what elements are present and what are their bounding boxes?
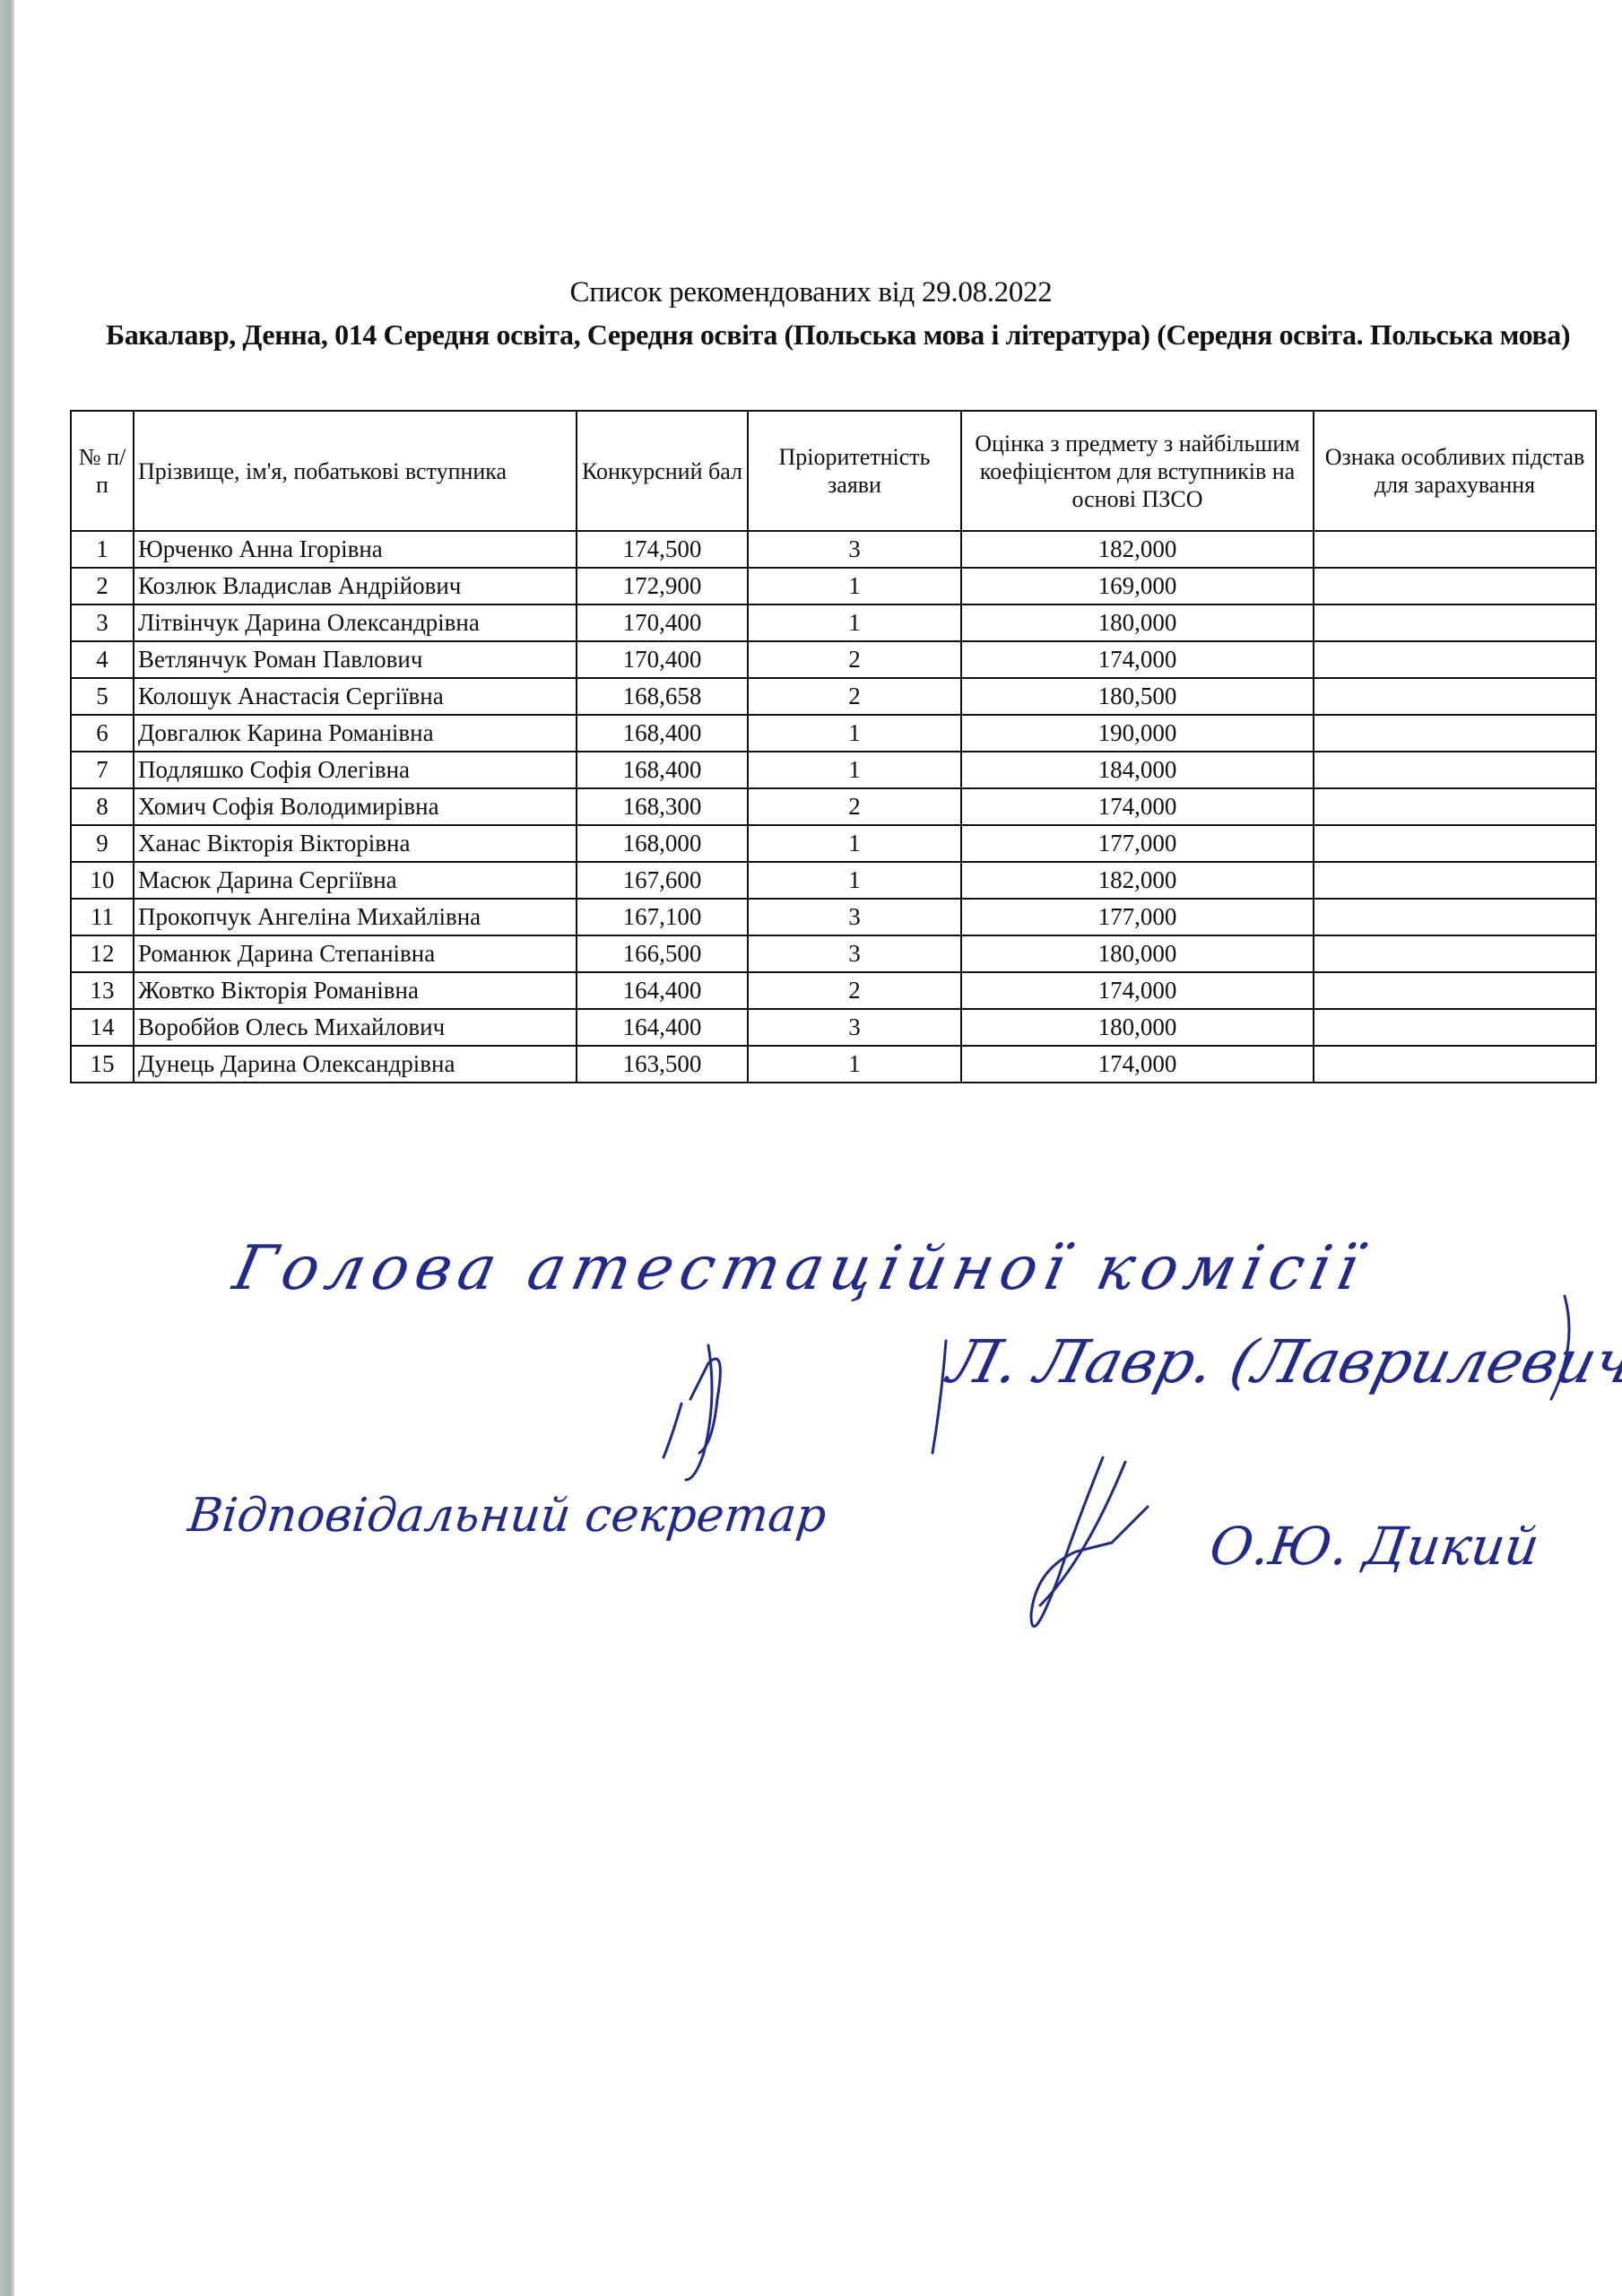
- cell-subject-score: 174,000: [961, 788, 1314, 825]
- cell-priority: 2: [748, 641, 961, 678]
- cell-priority: 1: [748, 568, 961, 604]
- table-row: 15Дунець Дарина Олександрівна163,5001174…: [71, 1046, 1596, 1083]
- cell-priority: 1: [748, 862, 961, 899]
- table-row: 1Юрченко Анна Ігорівна174,5003182,000: [71, 531, 1596, 568]
- cell-competitive-score: 166,500: [577, 935, 748, 972]
- cell-subject-score: 190,000: [961, 715, 1314, 752]
- cell-priority: 3: [748, 1009, 961, 1046]
- cell-priority: 1: [748, 752, 961, 788]
- header-special-grounds: Ознака особливих підстав для зарахування: [1314, 411, 1596, 531]
- cell-num: 9: [71, 825, 134, 862]
- chair-title-handwritten: Голова атестаційної комісії: [228, 1233, 1372, 1304]
- cell-priority: 1: [748, 1046, 961, 1083]
- table-header-row: № п/п Прізвище, ім'я, побатькові вступни…: [71, 411, 1596, 531]
- header-score: Конкурсний бал: [577, 411, 748, 531]
- table-row: 8Хомич Софія Володимирівна168,3002174,00…: [71, 788, 1596, 825]
- cell-subject-score: 174,000: [961, 972, 1314, 1009]
- cell-subject-score: 169,000: [961, 568, 1314, 604]
- cell-num: 1: [71, 531, 134, 568]
- cell-subject-score: 174,000: [961, 641, 1314, 678]
- cell-name: Юрченко Анна Ігорівна: [134, 531, 577, 568]
- cell-competitive-score: 168,300: [577, 788, 748, 825]
- cell-priority: 1: [748, 604, 961, 641]
- table-row: 10Масюк Дарина Сергіївна167,6001182,000: [71, 862, 1596, 899]
- cell-num: 2: [71, 568, 134, 604]
- cell-priority: 3: [748, 899, 961, 935]
- cell-name: Довгалюк Карина Романівна: [134, 715, 577, 752]
- cell-competitive-score: 168,400: [577, 752, 748, 788]
- document-subtitle: Бакалавр, Денна, 014 Середня освіта, Сер…: [70, 314, 1594, 355]
- table-row: 7Подляшко Софія Олегівна168,4001184,000: [71, 752, 1596, 788]
- cell-special-grounds: [1314, 715, 1596, 752]
- cell-special-grounds: [1314, 862, 1596, 899]
- cell-name: Подляшко Софія Олегівна: [134, 752, 577, 788]
- cell-priority: 3: [748, 531, 961, 568]
- header-num: № п/п: [71, 411, 134, 531]
- cell-special-grounds: [1314, 604, 1596, 641]
- cell-name: Романюк Дарина Степанівна: [134, 935, 577, 972]
- cell-special-grounds: [1314, 1009, 1596, 1046]
- cell-name: Масюк Дарина Сергіївна: [134, 862, 577, 899]
- cell-num: 5: [71, 678, 134, 715]
- table-row: 4Ветлянчук Роман Павлович170,4002174,000: [71, 641, 1596, 678]
- chair-name-handwritten: Л. Лавр. (Лаврилевич Л.Б.): [941, 1327, 1622, 1396]
- cell-priority: 2: [748, 788, 961, 825]
- cell-subject-score: 184,000: [961, 752, 1314, 788]
- cell-priority: 3: [748, 935, 961, 972]
- table-row: 6Довгалюк Карина Романівна168,4001190,00…: [71, 715, 1596, 752]
- cell-competitive-score: 170,400: [577, 641, 748, 678]
- cell-subject-score: 180,000: [961, 1009, 1314, 1046]
- cell-special-grounds: [1314, 568, 1596, 604]
- secretary-title-handwritten: Відповідальний секретар: [186, 1489, 829, 1543]
- cell-name: Літвінчук Дарина Олександрівна: [134, 604, 577, 641]
- cell-name: Ветлянчук Роман Павлович: [134, 641, 577, 678]
- header-priority: Пріоритетність заяви: [748, 411, 961, 531]
- table-row: 11Прокопчук Ангеліна Михайлівна167,10031…: [71, 899, 1596, 935]
- cell-competitive-score: 167,600: [577, 862, 748, 899]
- cell-competitive-score: 168,400: [577, 715, 748, 752]
- cell-num: 11: [71, 899, 134, 935]
- cell-name: Воробйов Олесь Михайлович: [134, 1009, 577, 1046]
- cell-subject-score: 180,000: [961, 604, 1314, 641]
- cell-priority: 1: [748, 825, 961, 862]
- table-row: 5Колошук Анастасія Сергіївна168,6582180,…: [71, 678, 1596, 715]
- cell-competitive-score: 163,500: [577, 1046, 748, 1083]
- cell-num: 6: [71, 715, 134, 752]
- cell-special-grounds: [1314, 752, 1596, 788]
- header-name: Прізвище, ім'я, побатькові вступника: [134, 411, 577, 531]
- cell-subject-score: 180,500: [961, 678, 1314, 715]
- cell-name: Колошук Анастасія Сергіївна: [134, 678, 577, 715]
- cell-num: 14: [71, 1009, 134, 1046]
- cell-name: Хомич Софія Володимирівна: [134, 788, 577, 825]
- cell-name: Прокопчук Ангеліна Михайлівна: [134, 899, 577, 935]
- cell-competitive-score: 170,400: [577, 604, 748, 641]
- cell-name: Дунець Дарина Олександрівна: [134, 1046, 577, 1083]
- cell-special-grounds: [1314, 825, 1596, 862]
- cell-subject-score: 180,000: [961, 935, 1314, 972]
- scan-edge-strip: [0, 0, 14, 2296]
- cell-subject-score: 174,000: [961, 1046, 1314, 1083]
- cell-num: 13: [71, 972, 134, 1009]
- cell-special-grounds: [1314, 788, 1596, 825]
- cell-special-grounds: [1314, 531, 1596, 568]
- cell-num: 12: [71, 935, 134, 972]
- cell-subject-score: 177,000: [961, 825, 1314, 862]
- cell-special-grounds: [1314, 641, 1596, 678]
- secretary-name-handwritten: О.Ю. Дикий: [1206, 1516, 1542, 1577]
- cell-competitive-score: 164,400: [577, 972, 748, 1009]
- header-subject-score: Оцінка з предмету з найбільшим коефіцієн…: [961, 411, 1314, 531]
- cell-competitive-score: 167,100: [577, 899, 748, 935]
- cell-name: Ханас Вікторія Вікторівна: [134, 825, 577, 862]
- cell-num: 15: [71, 1046, 134, 1083]
- cell-name: Жовтко Вікторія Романівна: [134, 972, 577, 1009]
- cell-num: 8: [71, 788, 134, 825]
- cell-competitive-score: 164,400: [577, 1009, 748, 1046]
- recommended-applicants-table: № п/п Прізвище, ім'я, побатькові вступни…: [70, 410, 1597, 1083]
- cell-priority: 2: [748, 678, 961, 715]
- document-title: Список рекомендованих від 29.08.2022: [0, 276, 1622, 309]
- table-row: 2Козлюк Владислав Андрійович172,9001169,…: [71, 568, 1596, 604]
- table-row: 14Воробйов Олесь Михайлович164,4003180,0…: [71, 1009, 1596, 1046]
- table-row: 13Жовтко Вікторія Романівна164,4002174,0…: [71, 972, 1596, 1009]
- cell-num: 4: [71, 641, 134, 678]
- table-row: 3Літвінчук Дарина Олександрівна170,40011…: [71, 604, 1596, 641]
- cell-subject-score: 182,000: [961, 531, 1314, 568]
- cell-subject-score: 177,000: [961, 899, 1314, 935]
- cell-special-grounds: [1314, 935, 1596, 972]
- cell-priority: 2: [748, 972, 961, 1009]
- cell-competitive-score: 174,500: [577, 531, 748, 568]
- cell-special-grounds: [1314, 899, 1596, 935]
- cell-competitive-score: 168,000: [577, 825, 748, 862]
- cell-special-grounds: [1314, 1046, 1596, 1083]
- cell-name: Козлюк Владислав Андрійович: [134, 568, 577, 604]
- cell-priority: 1: [748, 715, 961, 752]
- cell-competitive-score: 168,658: [577, 678, 748, 715]
- cell-num: 3: [71, 604, 134, 641]
- cell-num: 10: [71, 862, 134, 899]
- cell-special-grounds: [1314, 972, 1596, 1009]
- cell-subject-score: 182,000: [961, 862, 1314, 899]
- table-row: 12Романюк Дарина Степанівна166,5003180,0…: [71, 935, 1596, 972]
- cell-num: 7: [71, 752, 134, 788]
- cell-competitive-score: 172,900: [577, 568, 748, 604]
- cell-special-grounds: [1314, 678, 1596, 715]
- table-row: 9Ханас Вікторія Вікторівна168,0001177,00…: [71, 825, 1596, 862]
